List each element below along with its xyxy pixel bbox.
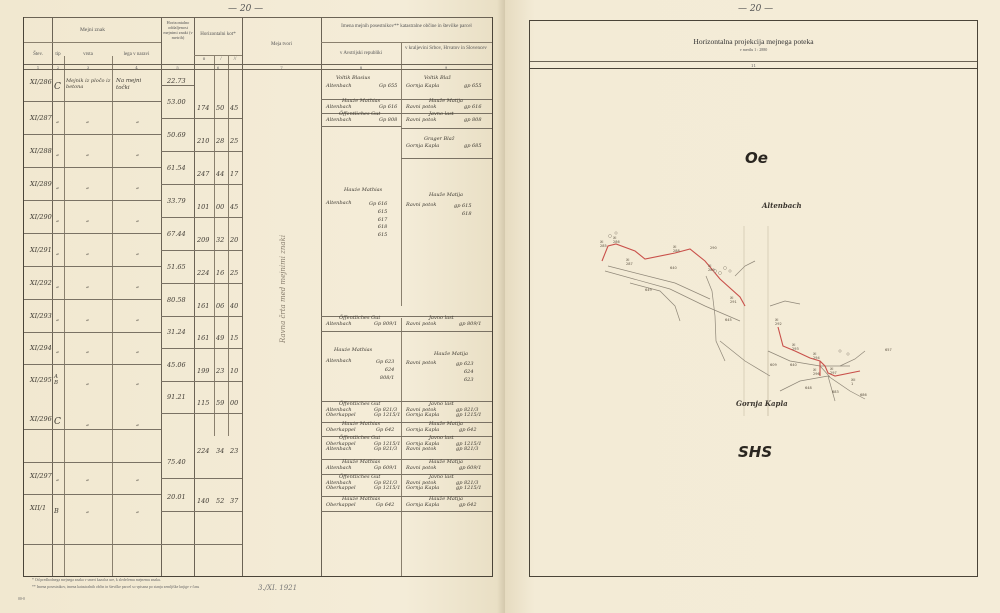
- svg-text:297: 297: [830, 371, 837, 375]
- map-frame: Horizontalna projekcija mejnega poteka v…: [529, 20, 978, 577]
- svg-text:291: 291: [730, 300, 737, 304]
- svg-text:649: 649: [645, 288, 652, 292]
- header-position: lega v naravi: [112, 52, 161, 58]
- header-angle-sec: //: [228, 57, 242, 63]
- header-angle-min: /: [214, 57, 228, 63]
- mark-no: XI/286: [30, 78, 52, 86]
- col-divider: [161, 18, 162, 576]
- header-owners-austria: v Avstrijski republiki: [321, 51, 401, 57]
- header-kind: vrsta: [64, 52, 112, 58]
- angle-deg: 174: [197, 104, 209, 112]
- owner-shs: Voltik Blaž: [424, 76, 451, 81]
- footnote-2: ** Imena posestnikov, imena katastralnih…: [32, 585, 199, 589]
- mark-kind: Mejnik iz pločo iz betona: [66, 78, 111, 90]
- header-boundary-mark: Mejni znak: [24, 27, 161, 33]
- header-owners-shs: v kraljevini Srbov, Hrvatov in Slovencev: [401, 46, 491, 52]
- svg-text:287: 287: [626, 262, 633, 266]
- page-number-right: — 20 —: [738, 4, 773, 14]
- place-label-gornja-kapla: Gornja Kapla: [736, 399, 788, 408]
- owner-at: Voltik Blasius: [336, 76, 370, 81]
- svg-text:288: 288: [673, 249, 680, 253]
- svg-text:686: 686: [860, 393, 867, 397]
- svg-text:292: 292: [775, 322, 782, 326]
- svg-text:609: 609: [770, 363, 777, 367]
- boundary-table: Mejni znak Štev. tip vrsta lega v naravi…: [23, 17, 493, 577]
- country-label-shs: SHS: [738, 443, 772, 461]
- svg-text:285: 285: [600, 244, 607, 248]
- header-angles: Horizontalni kot*: [194, 32, 242, 38]
- header-distance: Horizontalno oddaljenost mejnimi znaki (…: [162, 21, 194, 41]
- header-no: Štev.: [24, 52, 52, 58]
- distance: 22.73: [167, 77, 186, 85]
- col-divider: [194, 18, 195, 576]
- svg-text:286: 286: [613, 240, 620, 244]
- svg-text:1: 1: [851, 382, 853, 386]
- svg-text:293: 293: [792, 347, 799, 351]
- col-divider: [401, 42, 402, 306]
- svg-text:648: 648: [805, 386, 812, 390]
- boundary-feature-text: Ravna črta med mejnimi znaki: [279, 235, 287, 343]
- svg-text:640: 640: [790, 363, 797, 367]
- header-owners: Imena mejnih posestnikov** katastralne o…: [329, 24, 484, 30]
- svg-text:683: 683: [832, 390, 839, 394]
- col-divider: [214, 55, 215, 436]
- svg-text:294: 294: [813, 356, 820, 360]
- boundary-map: XI285 XI286 XI287 XI288 XI289 XI291 XI29…: [530, 21, 977, 576]
- mark-position: Na mejni točki: [116, 78, 156, 91]
- header-boundary-feature: Meja tvori: [242, 42, 321, 48]
- header-type: tip: [52, 52, 64, 58]
- col-divider: [321, 18, 322, 576]
- svg-text:296: 296: [813, 372, 820, 376]
- printer-mark: 00-0: [18, 597, 25, 601]
- page-number-left: — 20 —: [228, 4, 263, 14]
- svg-text:657: 657: [885, 348, 892, 352]
- svg-text:290: 290: [710, 246, 717, 250]
- country-label-austria: Oe: [745, 149, 768, 167]
- col-divider: [242, 18, 243, 576]
- left-page: — 20 — Mejni znak Štev. tip vrsta lega v…: [0, 0, 505, 613]
- header-angle-deg: o: [194, 57, 214, 63]
- col-divider: [228, 55, 229, 436]
- footnote-1: * Od predhodnega mejnega znaka v smeri k…: [32, 578, 161, 582]
- svg-text:645: 645: [725, 318, 732, 322]
- col-divider: [401, 318, 402, 576]
- place-label-altenbach: Altenbach: [762, 201, 802, 210]
- svg-text:640: 640: [670, 266, 677, 270]
- signature-date: 3./XI. 1921: [258, 584, 297, 592]
